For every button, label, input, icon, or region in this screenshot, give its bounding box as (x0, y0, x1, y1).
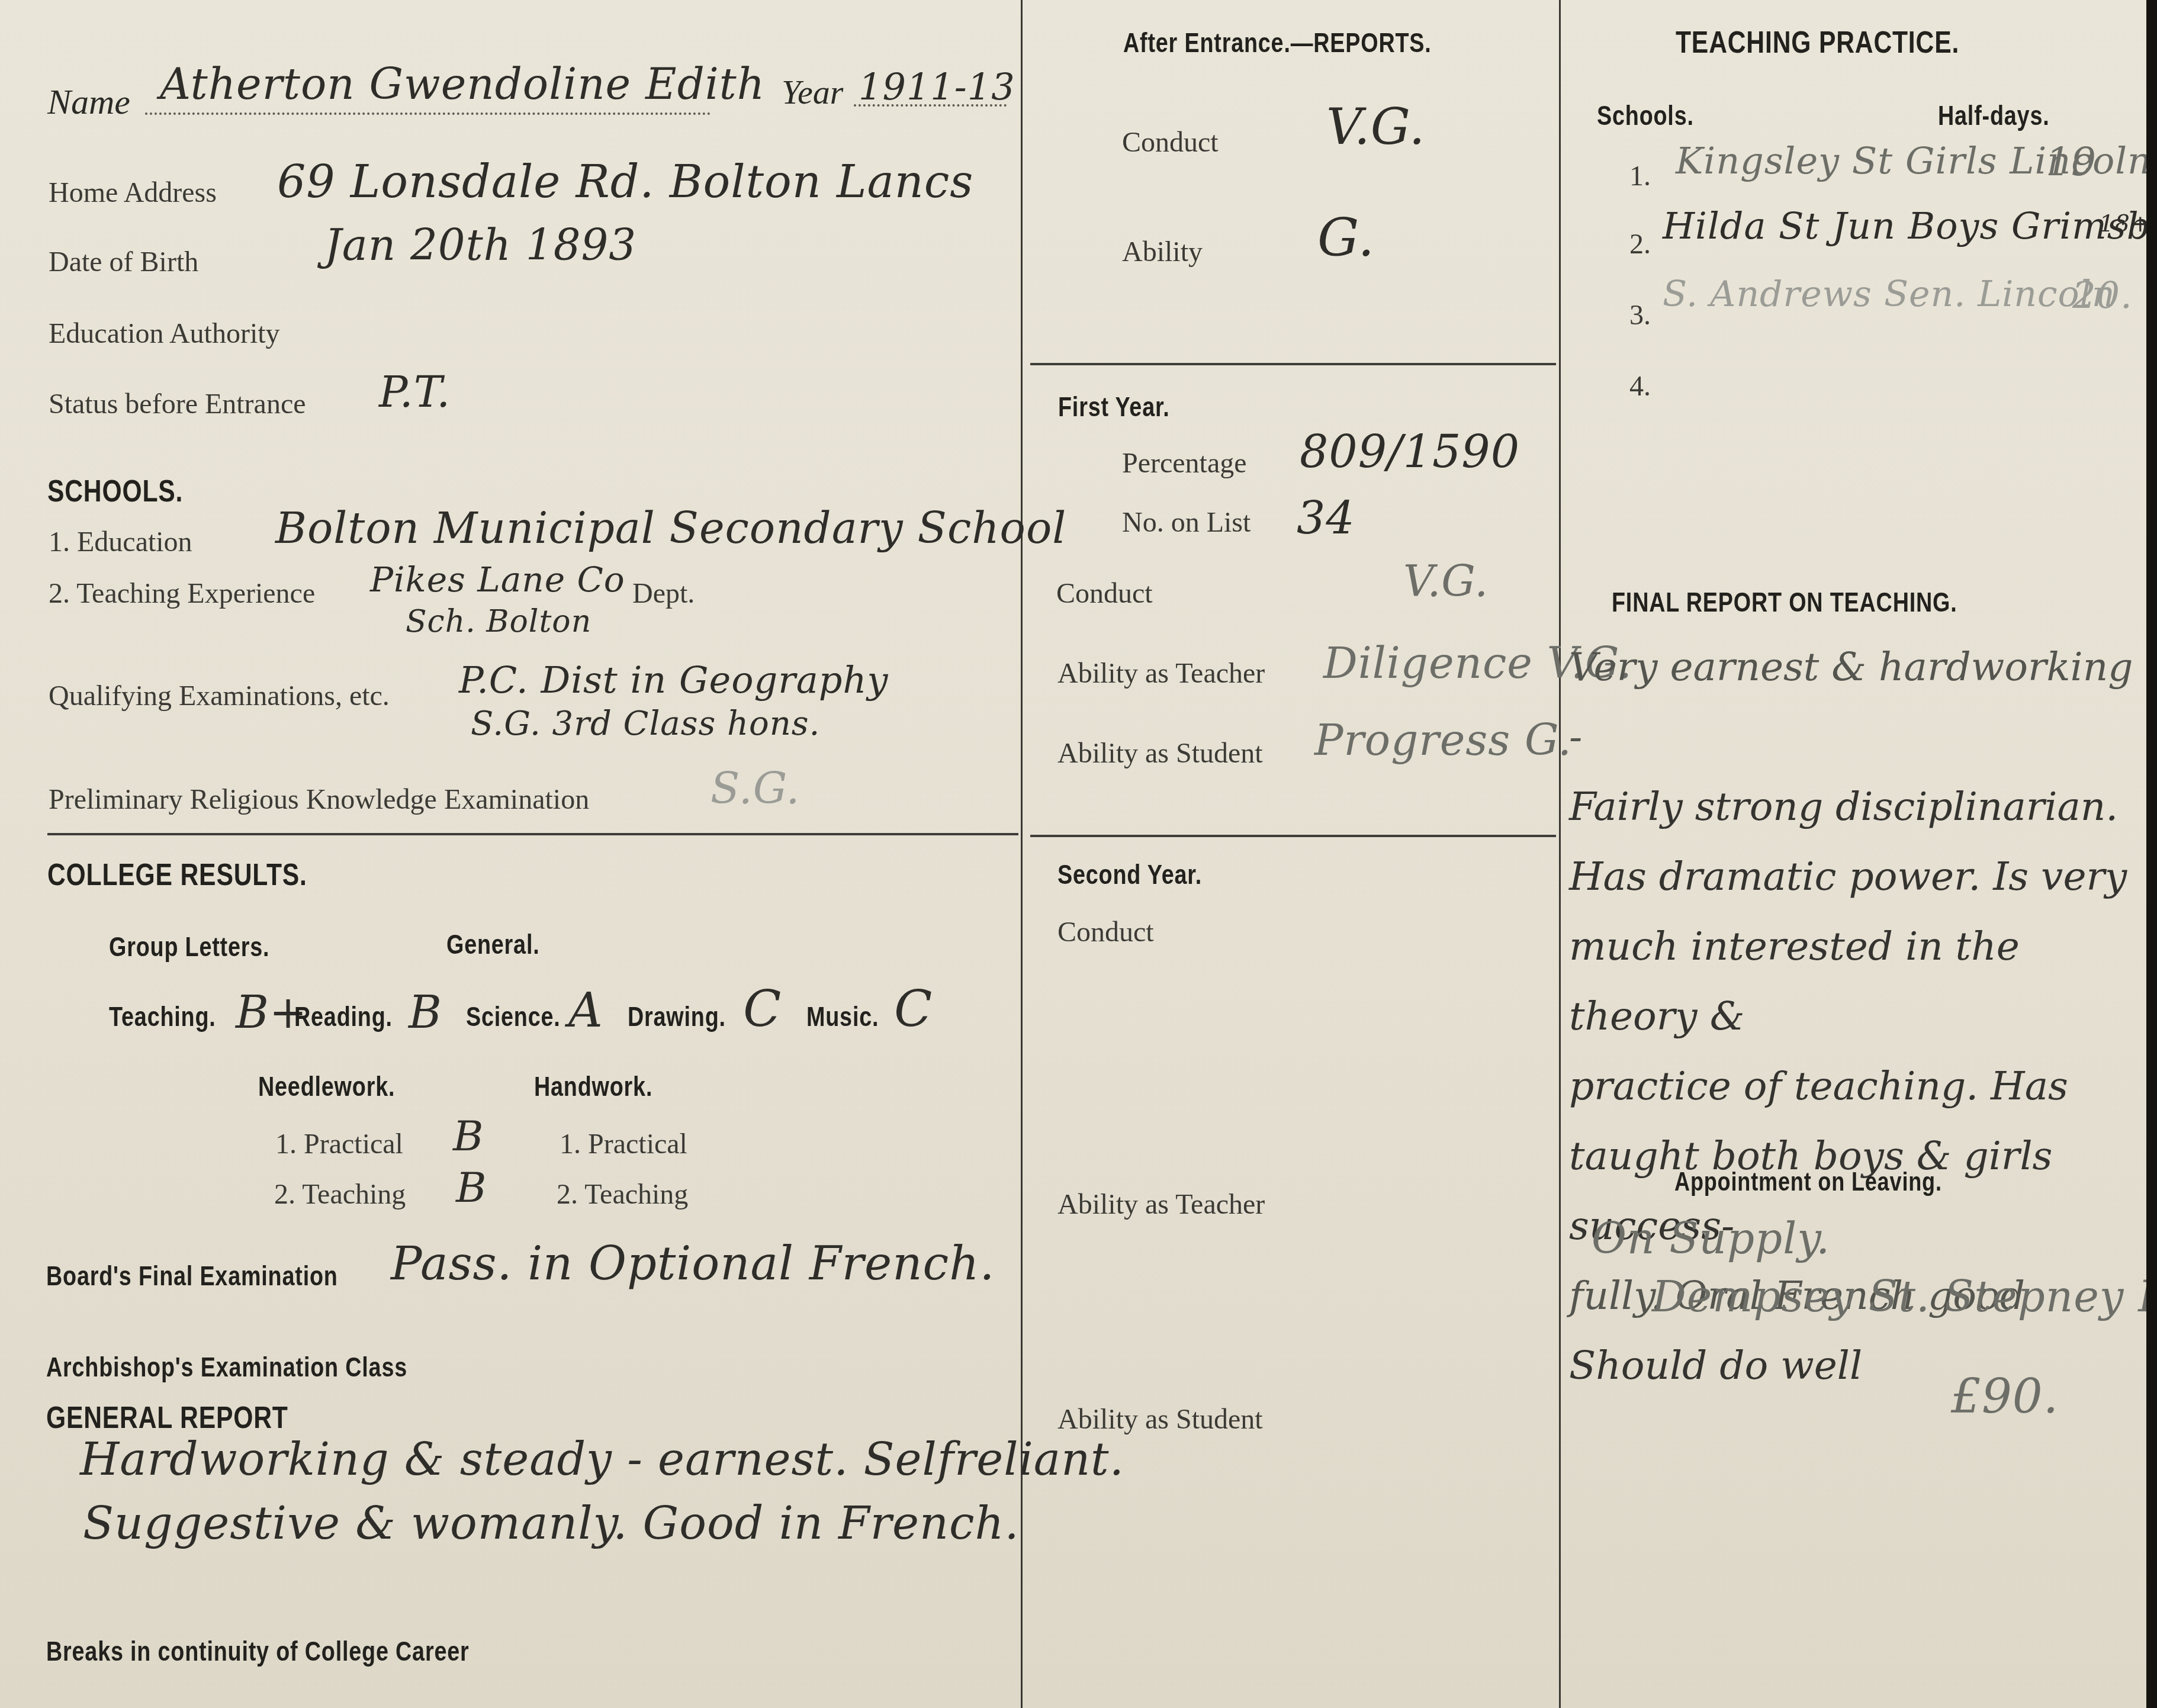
grade-label: Drawing. (628, 1001, 726, 1032)
dept-label: Dept. (632, 577, 695, 610)
qualifying-examinations-value-line1: P.C. Dist in Geography (459, 658, 888, 702)
final-report-line: much interested in the theory & (1569, 912, 2137, 1051)
second-year-heading: Second Year. (1057, 858, 1202, 890)
qualifying-examinations-label: Qualifying Examinations, etc. (49, 680, 390, 712)
second-year-conduct-label: Conduct (1057, 916, 1154, 948)
year-label: Year (782, 72, 843, 112)
preliminary-religious-label: Preliminary Religious Knowledge Examinat… (49, 783, 589, 816)
home-address-value: 69 Lonsdale Rd. Bolton Lancs (277, 155, 973, 208)
handwork-teaching-label: 2. Teaching (557, 1178, 688, 1211)
grade-value: C (894, 980, 933, 1038)
general-report-line1: Hardworking & steady - earnest. Selfreli… (80, 1433, 1124, 1485)
education-value: Bolton Municipal Secondary School (275, 503, 1066, 553)
teaching-experience-value-line2: Sch. Bolton (406, 604, 592, 639)
row-number: 3. (1629, 299, 1651, 332)
name-label: Name (47, 82, 130, 123)
teaching-experience-value-line1: Pikes Lane Co (370, 559, 625, 600)
status-before-entrance-label: Status before Entrance (49, 388, 306, 420)
appointment-line2: Dempsey St. Stepney E (1652, 1272, 2157, 1321)
needlework-practical-label: 1. Practical (275, 1128, 403, 1160)
general-report-heading: GENERAL REPORT (46, 1400, 288, 1436)
divider-first-year (1030, 363, 1556, 365)
column-divider-right (1559, 0, 1561, 1708)
first-year-heading: First Year. (1058, 391, 1170, 423)
second-year-ability-student-label: Ability as Student (1057, 1403, 1263, 1436)
record-card: Name Atherton Gwendoline Edith Year 1911… (0, 0, 2146, 1708)
grade-value: B (409, 986, 442, 1038)
grade-label: Music. (806, 1001, 879, 1032)
final-report-line: Fairly strong disciplinarian. (1569, 772, 2137, 842)
row-number: 2. (1629, 228, 1651, 260)
qualifying-examinations-value-line2: S.G. 3rd Class hons. (471, 705, 820, 743)
final-report-line: practice of teaching. Has (1569, 1051, 2137, 1121)
final-report-line: Very earnest & hardworking - (1569, 632, 2137, 772)
after-entrance-conduct-label: Conduct (1122, 126, 1219, 159)
schools-heading: SCHOOLS. (47, 474, 183, 509)
college-results-heading: COLLEGE RESULTS. (47, 857, 307, 893)
teaching-experience-label: 2. Teaching Experience (49, 577, 315, 610)
final-report-heading: FINAL REPORT ON TEACHING. (1612, 586, 1957, 618)
name-dotted-line (145, 112, 711, 115)
needlework-teaching-value: B (456, 1163, 487, 1212)
no-on-list-value: 34 (1297, 491, 1355, 544)
home-address-label: Home Address (49, 176, 217, 209)
first-year-ability-student-label: Ability as Student (1057, 737, 1263, 770)
needlework-practical-value: B (453, 1112, 484, 1160)
needlework-heading: Needlework. (258, 1070, 395, 1102)
first-year-ability-teacher-label: Ability as Teacher (1057, 657, 1265, 690)
row-halfdays: 19 (2046, 139, 2097, 185)
second-year-ability-teacher-label: Ability as Teacher (1057, 1188, 1265, 1221)
first-year-conduct-value: V.G. (1403, 557, 1489, 606)
grade-value: C (743, 980, 782, 1038)
boards-final-value: Pass. in Optional French. (391, 1237, 995, 1291)
appointment-line1: On Supply. (1592, 1214, 1830, 1263)
percentage-label: Percentage (1122, 447, 1247, 480)
no-on-list-label: No. on List (1122, 506, 1251, 539)
general-report-line2: Suggestive & womanly. Good in French. (83, 1497, 1020, 1549)
grade-label: Science. (466, 1001, 561, 1032)
after-entrance-conduct-value: V.G. (1326, 98, 1426, 156)
year-value: 1911-13 (859, 65, 1015, 108)
archbishops-label: Archbishop's Examination Class (46, 1351, 407, 1383)
needlework-teaching-label: 2. Teaching (274, 1178, 406, 1211)
row-number: 4. (1629, 370, 1651, 403)
divider-college-results (47, 833, 1018, 835)
name-value: Atherton Gwendoline Edith (160, 59, 765, 109)
first-year-conduct-label: Conduct (1056, 577, 1153, 610)
grade-label: Reading. (294, 1001, 393, 1032)
appointment-heading: Appointment on Leaving. (1674, 1167, 1942, 1197)
card-edge-shadow (2146, 0, 2157, 1708)
education-label: 1. Education (49, 526, 192, 558)
after-entrance-ability-label: Ability (1122, 236, 1203, 268)
handwork-practical-label: 1. Practical (560, 1128, 687, 1160)
group-letters-label: Group Letters. (109, 931, 269, 963)
row-school: Hilda St Jun Boys Grimsby (1663, 204, 2157, 247)
percentage-value: 809/1590 (1300, 425, 1520, 478)
schools-column-label: Schools. (1597, 99, 1694, 131)
halfdays-column-label: Half-days. (1938, 99, 2049, 131)
preliminary-religious-value: S.G. (711, 764, 800, 813)
final-report-line: Has dramatic power. Is very (1569, 842, 2137, 912)
appointment-line3: £90. (1951, 1369, 2059, 1424)
after-entrance-heading: After Entrance.—REPORTS. (1123, 27, 1432, 59)
grade-label: Teaching. (109, 1001, 216, 1032)
education-authority-label: Education Authority (49, 317, 280, 350)
breaks-label: Breaks in continuity of College Career (46, 1635, 469, 1667)
general-label: General. (446, 928, 540, 960)
after-entrance-ability-value: G. (1317, 207, 1375, 268)
date-of-birth-label: Date of Birth (49, 246, 198, 278)
boards-final-label: Board's Final Examination (46, 1260, 338, 1292)
grade-value: A (568, 983, 603, 1038)
first-year-ability-student-value: Progress G. (1314, 715, 1572, 765)
row-halfdays: 20. (2072, 274, 2133, 317)
status-before-entrance-value: P.T. (379, 367, 451, 417)
handwork-heading: Handwork. (534, 1070, 652, 1102)
date-of-birth-value: Jan 20th 1893 (324, 220, 637, 270)
divider-second-year (1030, 835, 1556, 837)
row-school: S. Andrews Sen. Lincoln (1663, 274, 2116, 315)
row-number: 1. (1629, 160, 1651, 192)
teaching-practice-heading: TEACHING PRACTICE. (1676, 25, 1959, 60)
